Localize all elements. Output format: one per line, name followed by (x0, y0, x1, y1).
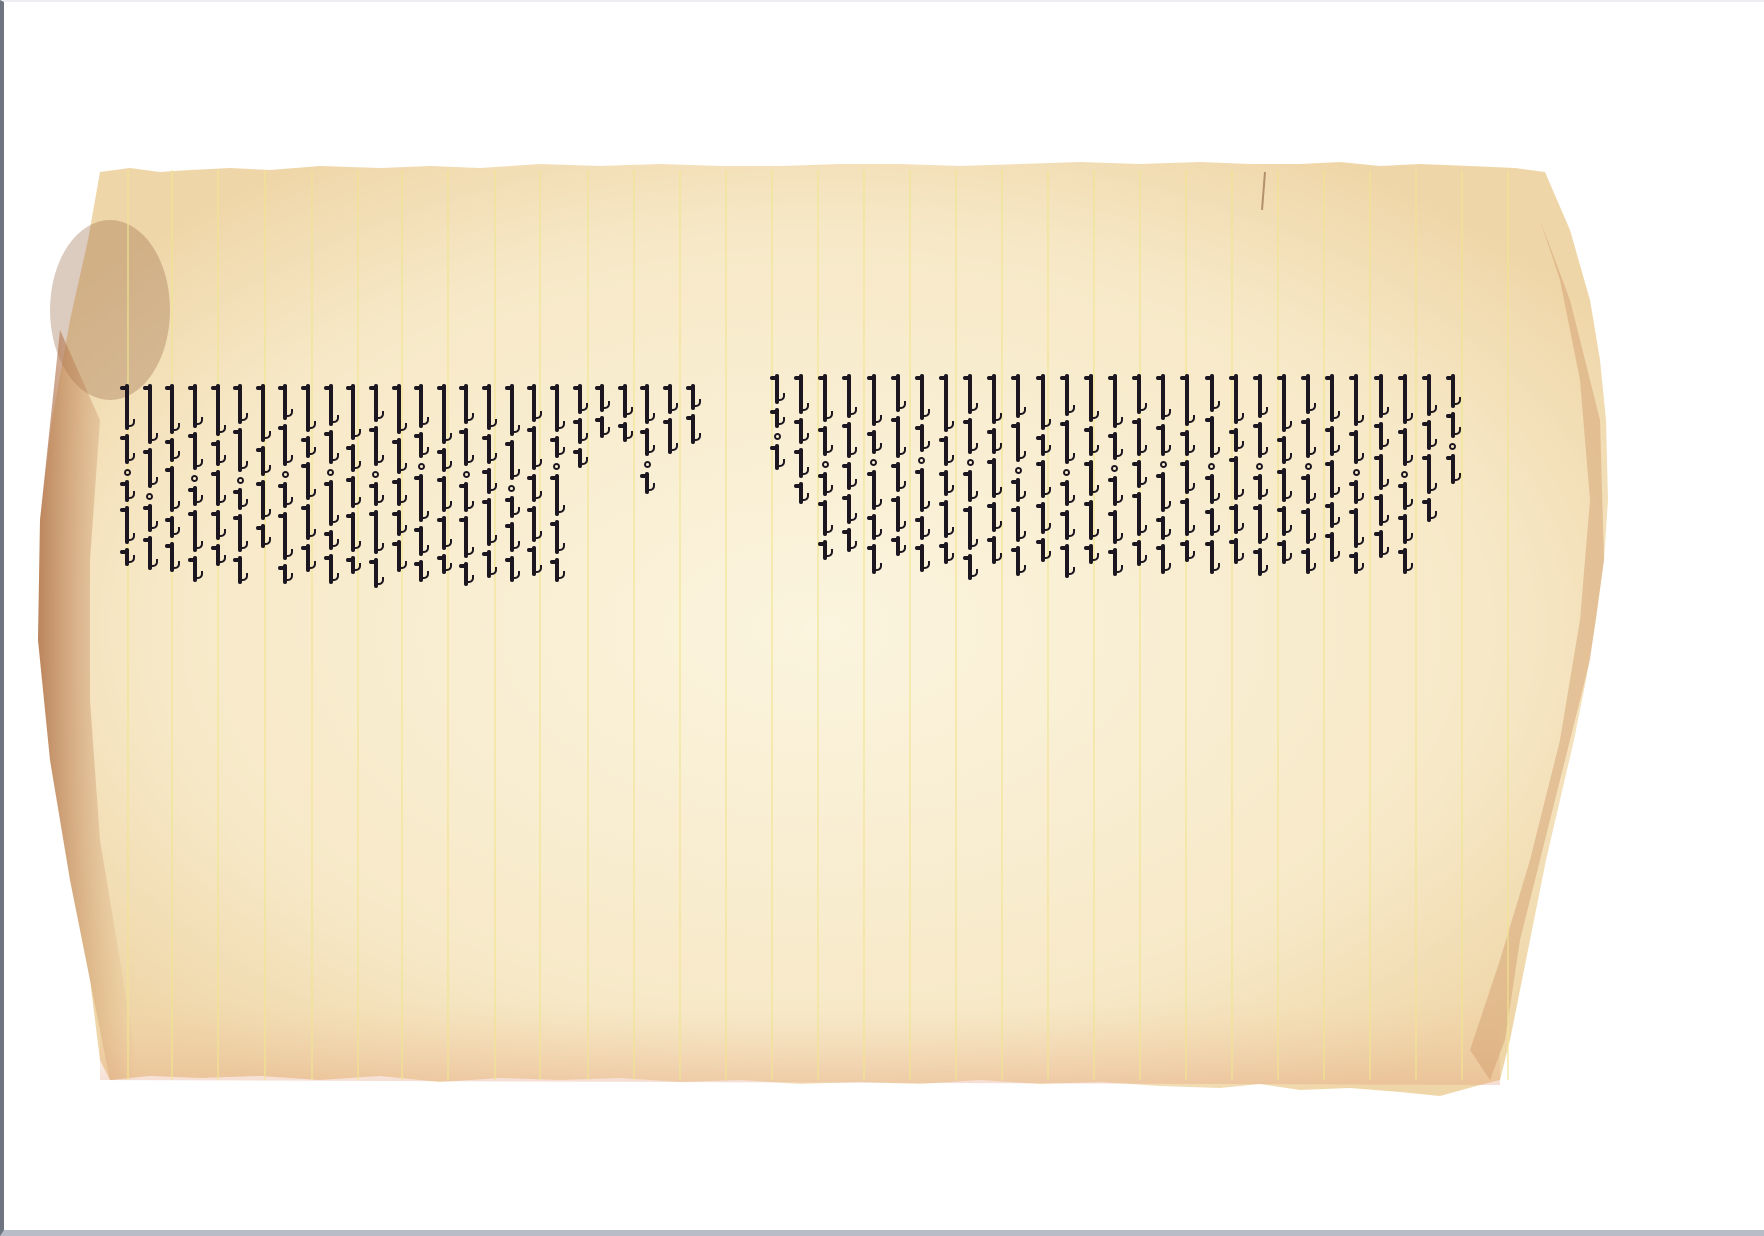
script-word (283, 564, 287, 584)
script-word (1065, 374, 1069, 416)
script-word (306, 436, 310, 458)
script-column (324, 380, 338, 584)
script-word (691, 384, 695, 410)
script-word (1089, 374, 1093, 422)
script-column (867, 370, 881, 574)
script-word (1427, 498, 1431, 522)
script-word (1065, 480, 1069, 506)
script-word (1258, 504, 1262, 544)
script-word (1161, 472, 1165, 512)
script-column (1374, 370, 1388, 558)
script-word (992, 428, 996, 454)
script-word (283, 384, 287, 420)
script-column (987, 370, 1001, 564)
script-word (510, 384, 514, 436)
script-word (1161, 544, 1165, 574)
script-word (968, 506, 972, 550)
script-word (799, 448, 803, 478)
script-word (1234, 428, 1238, 452)
script-word (1161, 516, 1165, 540)
script-word (193, 384, 197, 428)
script-word (532, 426, 536, 470)
script-word (1306, 548, 1310, 574)
script-word (1258, 548, 1262, 576)
script-word (823, 540, 827, 560)
script-word (1041, 374, 1045, 430)
script-word (896, 496, 900, 532)
script-word (1451, 412, 1455, 438)
script-word (1161, 424, 1165, 456)
script-word (1330, 532, 1334, 562)
script-word (823, 500, 827, 536)
script-word (578, 418, 582, 444)
script-column (1398, 370, 1412, 574)
script-word (510, 522, 514, 552)
script-word (920, 468, 924, 512)
script-word (510, 556, 514, 582)
script-column (550, 380, 564, 582)
script-word (823, 374, 827, 422)
script-column (1108, 370, 1122, 576)
script-word (1137, 460, 1141, 488)
script-word (148, 504, 152, 532)
script-word (1258, 422, 1262, 458)
script-word (1282, 468, 1286, 502)
script-word (645, 428, 649, 456)
script-word (442, 554, 446, 574)
script-word (1113, 476, 1117, 506)
script-word (1403, 548, 1407, 574)
script-word (1306, 418, 1310, 458)
script-column (505, 380, 519, 582)
script-word (1113, 548, 1117, 576)
script-word (944, 542, 948, 564)
script-word (351, 556, 355, 574)
script-word (306, 544, 310, 572)
script-word (238, 514, 242, 552)
script-word (170, 384, 174, 434)
script-word (968, 554, 972, 580)
script-glyph-loop (644, 461, 651, 468)
script-word (1185, 460, 1189, 494)
right-text-block (770, 370, 1460, 930)
script-word (419, 474, 423, 522)
script-word (351, 444, 355, 472)
script-word (1403, 514, 1407, 544)
script-word (1016, 374, 1020, 418)
script-word (442, 516, 446, 550)
script-word (1137, 540, 1141, 566)
script-word (1016, 422, 1020, 462)
script-glyph-loop (1063, 469, 1070, 476)
script-word (944, 436, 948, 466)
script-word (920, 516, 924, 540)
script-glyph-loop (553, 463, 560, 470)
script-glyph-loop (237, 477, 244, 484)
script-word (600, 384, 604, 412)
script-word (397, 384, 401, 434)
script-column (120, 380, 134, 566)
script-word (1403, 374, 1407, 424)
script-word (555, 384, 559, 432)
script-word (1089, 544, 1093, 564)
script-word (306, 504, 310, 540)
script-word (1210, 474, 1214, 504)
script-word (1210, 508, 1214, 536)
script-word (510, 440, 514, 480)
script-word (555, 558, 559, 582)
script-word (1089, 460, 1093, 496)
script-word (1210, 374, 1214, 412)
script-word (896, 374, 900, 412)
script-glyph-loop (918, 457, 925, 464)
script-column (1060, 370, 1074, 578)
script-word (487, 434, 491, 464)
script-column (842, 370, 856, 552)
script-word (487, 384, 491, 430)
script-column (573, 380, 587, 468)
script-word (1403, 428, 1407, 466)
script-glyph-loop (1111, 465, 1118, 472)
script-word (125, 384, 129, 430)
script-column (256, 380, 270, 548)
script-word (847, 422, 851, 458)
script-word (1379, 422, 1383, 450)
script-column (459, 380, 473, 586)
script-column (1036, 370, 1050, 562)
left-text-block (120, 380, 700, 940)
script-word (510, 496, 514, 518)
script-word (1113, 432, 1117, 460)
script-word (351, 512, 355, 552)
script-glyph-loop (418, 463, 425, 470)
script-word (442, 448, 446, 472)
script-column (1277, 370, 1291, 564)
script-column (915, 370, 929, 572)
script-glyph-loop (327, 469, 334, 476)
script-word (1234, 374, 1238, 424)
script-word (464, 428, 468, 466)
script-glyph-loop (967, 459, 974, 466)
script-word (397, 478, 401, 506)
script-glyph-loop (822, 461, 829, 468)
script-word (968, 418, 972, 454)
script-word (872, 544, 876, 574)
script-word (896, 462, 900, 492)
script-word (1041, 502, 1045, 534)
script-glyph-loop (1449, 443, 1456, 450)
script-word (374, 384, 378, 422)
script-word (872, 514, 876, 540)
script-word (1016, 478, 1020, 502)
script-word (261, 524, 265, 548)
script-word (397, 438, 401, 474)
script-glyph-loop (1353, 469, 1360, 476)
script-word (374, 510, 378, 554)
script-word (1427, 374, 1431, 416)
script-word (374, 482, 378, 506)
script-word (775, 408, 779, 428)
script-word (1041, 434, 1045, 456)
script-word (238, 428, 242, 472)
script-word (555, 520, 559, 554)
script-word (1354, 374, 1358, 426)
script-word (532, 474, 536, 502)
script-word (578, 448, 582, 468)
script-glyph-loop (372, 471, 379, 478)
script-word (1306, 508, 1310, 544)
script-word (1113, 374, 1117, 428)
script-word (261, 384, 265, 442)
script-word (351, 384, 355, 440)
script-word (374, 426, 378, 466)
script-word (1379, 454, 1383, 490)
script-word (1041, 460, 1045, 498)
script-word (351, 476, 355, 508)
script-word (464, 482, 468, 512)
script-column (640, 380, 654, 494)
script-word (645, 472, 649, 494)
script-glyph-loop (508, 485, 515, 492)
script-word (1234, 538, 1238, 564)
script-column (301, 380, 315, 572)
script-glyph-loop (1015, 467, 1022, 474)
script-word (1234, 504, 1238, 534)
script-word (1330, 460, 1334, 498)
script-column (939, 370, 953, 564)
script-column (1325, 370, 1339, 562)
script-word (1330, 374, 1334, 422)
script-word (148, 384, 152, 444)
script-column (414, 380, 428, 582)
script-column (963, 370, 977, 580)
script-word (1379, 494, 1383, 526)
script-word (823, 472, 827, 496)
script-column (143, 380, 157, 570)
script-word (992, 536, 996, 564)
script-word (193, 486, 197, 506)
script-word (1065, 420, 1069, 464)
script-word (419, 384, 423, 428)
script-word (872, 470, 876, 510)
script-word (1137, 418, 1141, 456)
script-word (216, 510, 220, 540)
script-word (125, 548, 129, 566)
script-word (148, 448, 152, 488)
script-word (944, 500, 948, 538)
script-word (1403, 482, 1407, 510)
script-word (1282, 540, 1286, 564)
script-column (618, 380, 632, 442)
script-word (1379, 374, 1383, 418)
script-column (437, 380, 451, 574)
script-word (1354, 552, 1358, 574)
script-column (1301, 370, 1315, 574)
script-word (1185, 374, 1189, 426)
script-column (1349, 370, 1363, 574)
script-column (794, 370, 808, 504)
script-word (306, 462, 310, 500)
script-column (595, 380, 609, 438)
script-word (419, 560, 423, 582)
script-glyph-loop (1305, 463, 1312, 470)
script-word (1306, 474, 1310, 504)
script-word (1089, 426, 1093, 456)
script-word (442, 476, 446, 512)
script-word (487, 498, 491, 546)
script-word (329, 554, 333, 584)
script-word (216, 470, 220, 506)
script-word (125, 434, 129, 464)
script-word (487, 468, 491, 494)
script-word (283, 482, 287, 508)
script-glyph-loop (146, 493, 153, 500)
script-word (216, 440, 220, 466)
script-word (1041, 538, 1045, 562)
script-word (645, 384, 649, 424)
script-word (623, 422, 627, 442)
script-word (1451, 374, 1455, 408)
script-word (216, 384, 220, 436)
script-glyph-loop (124, 469, 131, 476)
script-word (1330, 502, 1334, 528)
script-word (193, 510, 197, 552)
script-word (968, 470, 972, 502)
script-word (799, 374, 803, 414)
script-word (1089, 500, 1093, 540)
script-column (1180, 370, 1194, 562)
script-word (1065, 544, 1069, 578)
script-column (891, 370, 905, 556)
script-column (1205, 370, 1219, 574)
script-column (1156, 370, 1170, 574)
script-column (1422, 370, 1436, 522)
script-word (329, 530, 333, 550)
script-column (770, 370, 784, 470)
script-column (233, 380, 247, 584)
script-word (329, 430, 333, 464)
script-column (663, 380, 677, 454)
script-word (193, 432, 197, 470)
script-word (397, 540, 401, 572)
script-word (578, 384, 582, 414)
script-word (261, 480, 265, 520)
script-word (847, 374, 851, 418)
script-column (369, 380, 383, 588)
script-word (374, 558, 378, 588)
script-word (329, 384, 333, 426)
script-word (555, 436, 559, 458)
script-word (419, 526, 423, 556)
script-word (306, 384, 310, 432)
script-word (1137, 492, 1141, 536)
script-word (992, 458, 996, 498)
script-column (1011, 370, 1025, 576)
script-word (419, 432, 423, 458)
script-word (1185, 430, 1189, 456)
script-column (527, 380, 541, 576)
script-word (170, 516, 174, 538)
script-word (464, 516, 468, 558)
script-word (532, 546, 536, 576)
script-word (1210, 416, 1214, 458)
script-word (125, 506, 129, 544)
script-word (170, 466, 174, 512)
script-word (872, 430, 876, 454)
script-word (1185, 498, 1189, 536)
script-word (1210, 540, 1214, 574)
script-word (464, 384, 468, 424)
script-word (847, 528, 851, 552)
script-word (1185, 540, 1189, 562)
script-glyph-loop (1401, 471, 1408, 478)
script-word (992, 374, 996, 424)
script-word (329, 480, 333, 526)
script-word (823, 426, 827, 456)
script-word (193, 556, 197, 582)
script-word (1330, 426, 1334, 456)
script-glyph-loop (774, 433, 781, 440)
script-glyph-loop (870, 459, 877, 466)
script-word (170, 438, 174, 462)
script-word (799, 418, 803, 444)
script-word (397, 510, 401, 536)
script-word (1161, 374, 1165, 420)
script-word (125, 480, 129, 502)
script-word (1427, 420, 1431, 450)
script-column (188, 380, 202, 582)
script-word (847, 462, 851, 490)
script-word (1427, 454, 1431, 494)
script-word (668, 384, 672, 414)
script-word (464, 562, 468, 586)
script-word (920, 374, 924, 420)
script-word (1306, 374, 1310, 414)
script-column (1084, 370, 1098, 564)
script-word (238, 556, 242, 584)
script-word (920, 424, 924, 452)
script-word (691, 414, 695, 444)
script-word (1451, 454, 1455, 484)
script-word (847, 494, 851, 524)
script-word (623, 384, 627, 418)
script-word (600, 416, 604, 438)
script-word (1354, 480, 1358, 504)
script-word (668, 418, 672, 454)
script-word (216, 544, 220, 566)
script-word (1234, 456, 1238, 500)
script-column (1446, 370, 1460, 484)
script-word (1282, 374, 1286, 432)
script-word (799, 482, 803, 504)
script-column (211, 380, 225, 566)
script-column (1132, 370, 1146, 566)
script-word (1354, 430, 1358, 464)
script-word (148, 536, 152, 570)
script-column (818, 370, 832, 560)
script-word (896, 416, 900, 458)
script-word (944, 470, 948, 496)
script-column (165, 380, 179, 572)
script-word (944, 374, 948, 432)
script-glyph-loop (1160, 461, 1167, 468)
script-word (775, 374, 779, 404)
script-word (283, 424, 287, 466)
script-word (1113, 510, 1117, 544)
script-word (442, 384, 446, 444)
script-word (775, 444, 779, 470)
script-word (1258, 374, 1262, 418)
